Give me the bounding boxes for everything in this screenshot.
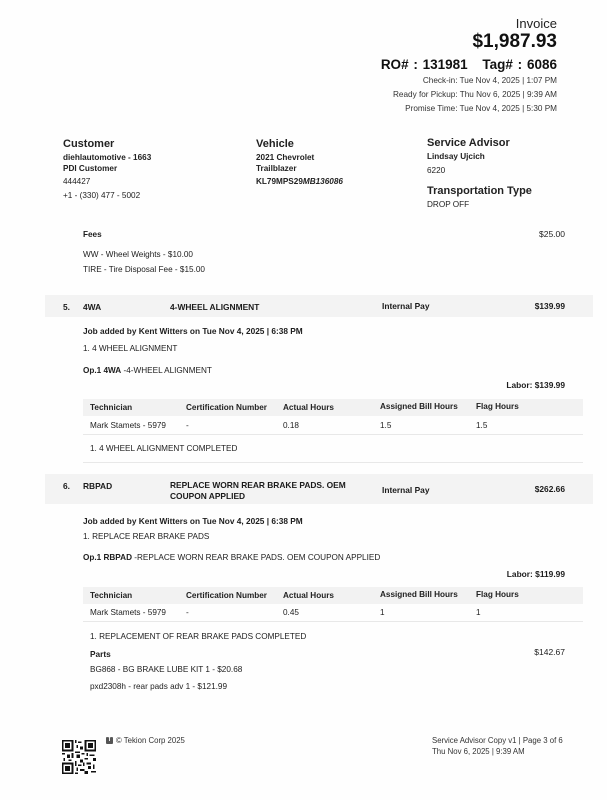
vehicle-block: Vehicle 2021 Chevrolet Trailblazer KL79M… [256, 138, 343, 188]
job-divider [83, 462, 583, 463]
service-advisor-id: 6220 [427, 166, 532, 177]
transport-title: Transportation Type [427, 185, 532, 197]
ready-for-pickup-time: Ready for Pickup: Thu Nov 6, 2025 | 9:39… [393, 90, 557, 99]
customer-title: Customer [63, 138, 151, 150]
op-label: Op.1 RBPAD [83, 553, 132, 562]
col-assigned-bill-hours: Assigned Bill Hours [380, 590, 458, 599]
fee-item: TIRE - Tire Disposal Fee - $15.00 [83, 265, 205, 274]
vin-prefix: KL79MPS29 [256, 177, 303, 186]
service-advisor-block: Service Advisor Lindsay Ujcich 6220 Tran… [427, 137, 532, 211]
col-flag-hours: Flag Hours [476, 590, 519, 599]
job-row-band [45, 295, 593, 317]
footer-page-info: Service Advisor Copy v1 | Page 3 of 6 Th… [432, 736, 563, 757]
job-code: 4WA [83, 302, 101, 312]
ro-number: 131981 [423, 57, 468, 72]
cell-actual-hours: 0.45 [283, 608, 299, 617]
job-description: 4-WHEEL ALIGNMENT [170, 302, 259, 313]
fees-total: $25.00 [539, 229, 565, 239]
job-description-line: REPLACE WORN REAR BRAKE PADS. OEM [170, 480, 346, 491]
vehicle-model: Trailblazer [256, 164, 343, 175]
copyright-text: © Tekion Corp 2025 [116, 736, 185, 745]
vin-suffix: MB136086 [303, 177, 343, 186]
customer-id: 444427 [63, 177, 151, 188]
job-description-line: COUPON APPLIED [170, 491, 346, 502]
fee-item: WW - Wheel Weights - $10.00 [83, 250, 193, 259]
cell-technician: Mark Stamets - 5979 [90, 608, 166, 617]
job-amount: $139.99 [535, 301, 565, 311]
col-actual-hours: Actual Hours [283, 403, 334, 412]
tag-label: Tag# : [482, 57, 522, 72]
job-concern: 1. REPLACE REAR BRAKE PADS [83, 532, 209, 541]
col-flag-hours: Flag Hours [476, 402, 519, 411]
cell-certification: - [186, 421, 189, 430]
job-pay-type: Internal Pay [382, 485, 429, 495]
part-item: pxd2308h - rear pads adv 1 - $121.99 [90, 682, 227, 691]
promise-time: Promise Time: Tue Nov 4, 2025 | 5:30 PM [405, 104, 557, 113]
qr-code [62, 740, 96, 774]
cell-flag-hours: 1 [476, 608, 481, 617]
invoice-total: $1,987.93 [472, 31, 557, 53]
document-type: Invoice [516, 16, 557, 31]
op-label: Op.1 4WA [83, 366, 121, 375]
col-assigned-bill-hours: Assigned Bill Hours [380, 402, 458, 411]
col-certification: Certification Number [186, 591, 267, 600]
vehicle-title: Vehicle [256, 138, 343, 150]
ro-tag-line: RO# : 131981 Tag# : 6086 [381, 57, 557, 72]
job-completion: 1. REPLACEMENT OF REAR BRAKE PADS COMPLE… [90, 632, 306, 641]
printed-timestamp: Thu Nov 6, 2025 | 9:39 AM [432, 747, 563, 758]
job-added-by: Job added by Kent Witters on Tue Nov 4, … [83, 326, 303, 336]
cell-assigned-bill-hours: 1.5 [380, 421, 391, 430]
job-pay-type: Internal Pay [382, 301, 429, 311]
service-advisor-name: Lindsay Ujcich [427, 152, 532, 163]
customer-phone: +1 - (330) 477 - 5002 [63, 191, 151, 202]
job-concern: 1. 4 WHEEL ALIGNMENT [83, 344, 177, 353]
parts-total: $142.67 [534, 647, 565, 657]
footer-copyright: T © Tekion Corp 2025 [106, 736, 185, 745]
col-technician: Technician [90, 403, 132, 412]
operation-line: Op.1 RBPAD -REPLACE WORN REAR BRAKE PADS… [83, 553, 380, 562]
job-code: RBPAD [83, 481, 112, 491]
customer-name: diehlautomotive - 1663 [63, 153, 151, 164]
part-item: BG868 - BG BRAKE LUBE KIT 1 - $20.68 [90, 665, 242, 674]
tag-number: 6086 [527, 57, 557, 72]
labor-total: Labor: $139.99 [506, 380, 565, 390]
vehicle-year-make: 2021 Chevrolet [256, 153, 343, 164]
cell-assigned-bill-hours: 1 [380, 608, 385, 617]
transport-value: DROP OFF [427, 200, 532, 211]
op-description: -4-WHEEL ALIGNMENT [121, 366, 212, 375]
job-amount: $262.66 [535, 484, 565, 494]
table-divider [83, 621, 583, 622]
fees-title: Fees [83, 230, 102, 239]
check-in-time: Check-in: Tue Nov 4, 2025 | 1:07 PM [423, 76, 557, 85]
col-actual-hours: Actual Hours [283, 591, 334, 600]
operation-line: Op.1 4WA -4-WHEEL ALIGNMENT [83, 366, 212, 375]
cell-certification: - [186, 608, 189, 617]
job-number: 6. [63, 481, 70, 491]
cell-technician: Mark Stamets - 5979 [90, 421, 166, 430]
cell-actual-hours: 0.18 [283, 421, 299, 430]
tekion-logo-icon: T [106, 737, 113, 744]
table-divider [83, 434, 583, 435]
job-description: REPLACE WORN REAR BRAKE PADS. OEM COUPON… [170, 480, 346, 501]
op-description: -REPLACE WORN REAR BRAKE PADS. OEM COUPO… [132, 553, 380, 562]
vehicle-vin: KL79MPS29MB136086 [256, 177, 343, 188]
col-technician: Technician [90, 591, 132, 600]
copy-page-info: Service Advisor Copy v1 | Page 3 of 6 [432, 736, 563, 747]
service-advisor-title: Service Advisor [427, 137, 532, 149]
job-added-by: Job added by Kent Witters on Tue Nov 4, … [83, 516, 303, 526]
labor-total: Labor: $119.99 [507, 569, 565, 579]
customer-block: Customer diehlautomotive - 1663 PDI Cust… [63, 138, 151, 201]
ro-label: RO# : [381, 57, 418, 72]
job-number: 5. [63, 302, 70, 312]
customer-type: PDI Customer [63, 164, 151, 175]
parts-title: Parts [90, 649, 111, 659]
cell-flag-hours: 1.5 [476, 421, 487, 430]
col-certification: Certification Number [186, 403, 267, 412]
job-completion: 1. 4 WHEEL ALIGNMENT COMPLETED [90, 444, 237, 453]
